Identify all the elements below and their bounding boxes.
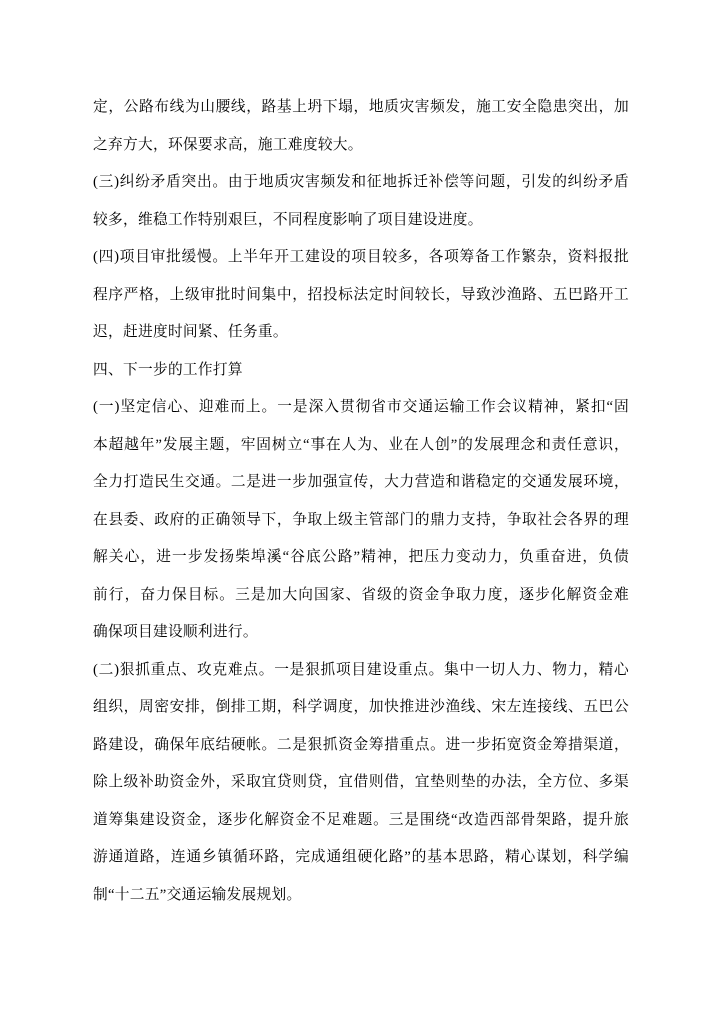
document-page: 定，公路布线为山腰线，路基上坍下塌，地质灾害频发，施工安全隐患突出，加之弃方大，… — [0, 0, 721, 1020]
text-line: 程序严格，上级审批时间集中，招投标法定时间较长，导致沙渔路、五巴路开工 — [93, 277, 629, 315]
text-line: 除上级补助资金外，采取宜贷则贷，宜借则借，宜垫则垫的办法，全方位、多渠 — [93, 764, 629, 802]
text-line: 游通道路，连通乡镇循环路，完成通组硬化路”的基本思路，精心谋划，科学编 — [93, 839, 629, 877]
document-text-block: 定，公路布线为山腰线，路基上坍下塌，地质灾害频发，施工安全隐患突出，加之弃方大，… — [93, 89, 629, 914]
text-line: (四)项目审批缓慢。上半年开工建设的项目较多，各项筹备工作繁杂，资料报批 — [93, 239, 629, 277]
text-line: 较多，维稳工作特别艰巨，不同程度影响了项目建设进度。 — [93, 202, 629, 240]
text-line: 前行，奋力保目标。三是加大向国家、省级的资金争取力度，逐步化解资金难题， — [93, 577, 629, 615]
text-line: 本超越年”发展主题，牢固树立“事在人为、业在人创”的发展理念和责任意识， — [93, 427, 629, 465]
text-line: (一)坚定信心、迎难而上。一是深入贯彻省市交通运输工作会议精神，紧扣“固 — [93, 389, 629, 427]
text-line: 道筹集建设资金，逐步化解资金不足难题。三是围绕“改造西部骨架路，提升旅 — [93, 802, 629, 840]
text-line: 制“十二五”交通运输发展规划。 — [93, 877, 629, 915]
text-line: 确保项目建设顺利进行。 — [93, 614, 629, 652]
text-line: 组织，周密安排，倒排工期，科学调度，加快推进沙渔线、宋左连接线、五巴公 — [93, 689, 629, 727]
text-line: 解关心，进一步发扬柴埠溪“谷底公路”精神，把压力变动力，负重奋进，负债 — [93, 539, 629, 577]
text-line: 在县委、政府的正确领导下，争取上级主管部门的鼎力支持，争取社会各界的理 — [93, 502, 629, 540]
text-line: 全力打造民生交通。二是进一步加强宣传，大力营造和谐稳定的交通发展环境， — [93, 464, 629, 502]
text-line: 定，公路布线为山腰线，路基上坍下塌，地质灾害频发，施工安全隐患突出，加 — [93, 89, 629, 127]
text-line: 之弃方大，环保要求高，施工难度较大。 — [93, 127, 629, 165]
text-line: (三)纠纷矛盾突出。由于地质灾害频发和征地拆迁补偿等问题，引发的纠纷矛盾 — [93, 164, 629, 202]
text-line: 路建设，确保年底结硬帐。二是狠抓资金筹措重点。进一步拓宽资金筹措渠道， — [93, 727, 629, 765]
text-line: (二)狠抓重点、攻克难点。一是狠抓项目建设重点。集中一切人力、物力，精心 — [93, 652, 629, 690]
section-heading: 四、下一步的工作打算 — [93, 352, 629, 390]
text-line: 迟，赶进度时间紧、任务重。 — [93, 314, 629, 352]
